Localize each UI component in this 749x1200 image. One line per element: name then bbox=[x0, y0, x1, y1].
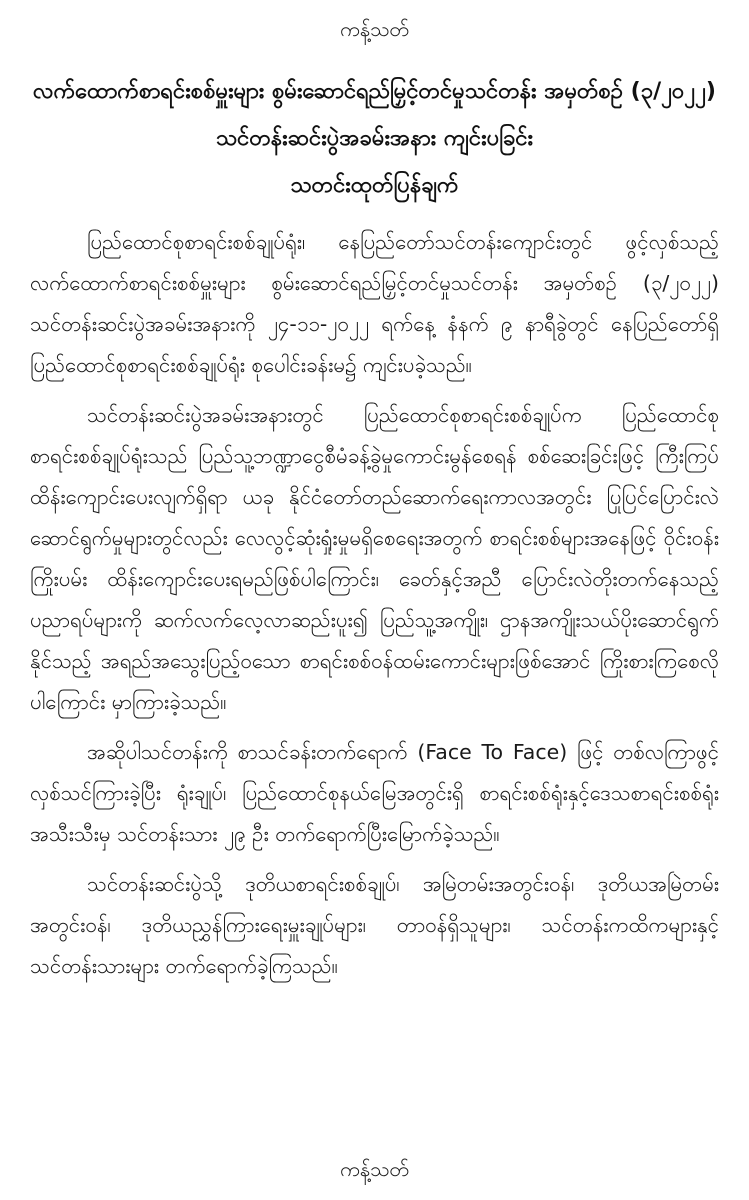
classification-marking-top: ကန့်သတ် bbox=[0, 0, 749, 46]
paragraph-course-completion: အဆိုပါသင်တန်းကို စာသင်ခန်းတက်ရောက် (Face… bbox=[30, 732, 719, 855]
paragraph-auditor-general-speech: သင်တန်းဆင်းပွဲအခမ်းအနားတွင် ပြည်ထောင်စုစ… bbox=[30, 395, 719, 723]
document-title-block: လက်ထောက်စာရင်းစစ်မှူးများ စွမ်းဆောင်ရည်မ… bbox=[0, 76, 749, 202]
title-line-ceremony: သင်တန်းဆင်းပွဲအခမ်းအနား ကျင်းပခြင်း bbox=[28, 123, 721, 155]
title-line-course-name: လက်ထောက်စာရင်းစစ်မှူးများ စွမ်းဆောင်ရည်မ… bbox=[28, 76, 721, 108]
document-body: ပြည်ထောင်စုစာရင်းစစ်ချုပ်ရုံး၊ နေပြည်တော… bbox=[30, 222, 719, 987]
paragraph-ceremony-details: ပြည်ထောင်စုစာရင်းစစ်ချုပ်ရုံး၊ နေပြည်တော… bbox=[30, 222, 719, 386]
paragraph-attendees: သင်တန်းဆင်းပွဲသို့ ဒုတိယစာရင်းစစ်ချုပ်၊ … bbox=[30, 864, 719, 987]
title-line-press-release: သတင်းထုတ်ပြန်ချက် bbox=[28, 170, 721, 202]
classification-marking-bottom: ကန့်သတ် bbox=[0, 1156, 749, 1186]
document-page: ကန့်သတ် လက်ထောက်စာရင်းစစ်မှူးများ စွမ်းဆ… bbox=[0, 0, 749, 1200]
